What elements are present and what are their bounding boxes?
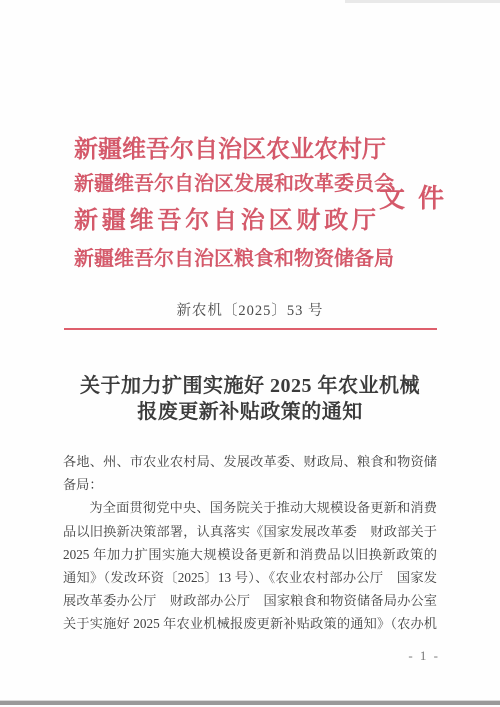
document-title: 关于加力扩围实施好 2025 年农业机械 报废更新补贴政策的通知 <box>0 373 500 425</box>
document-title-line2: 报废更新补贴政策的通知 <box>0 399 500 425</box>
document-title-line1: 关于加力扩围实施好 2025 年农业机械 <box>0 373 500 399</box>
page-number: - 1 - <box>408 648 440 664</box>
document-body: 各地、州、市农业农村局、发展改革委、财政局、粮食和物资储 备局： 为全面贯彻党中… <box>63 450 437 636</box>
body-line: 品以旧换新决策部署，认真落实《国家发展改革委 财政部关于 <box>63 520 437 543</box>
body-line: 为全面贯彻党中央、国务院关于推动大规模设备更新和消费 <box>63 496 437 519</box>
body-line: 各地、州、市农业农村局、发展改革委、财政局、粮食和物资储 <box>63 450 437 473</box>
header-agency-line-2: 新疆维吾尔自治区发展和改革委员会 <box>74 171 376 197</box>
body-line: 备局： <box>63 473 437 496</box>
doc-number: 新农机〔2025〕53 号 <box>0 299 500 320</box>
body-line: 关于实施好 2025 年农业机械报废更新补贴政策的通知》（农办机 <box>63 612 437 635</box>
scan-edge-bottom <box>0 701 500 705</box>
body-line: 通知》（发改环资〔2025〕13 号）、《农业农村部办公厅 国家发 <box>63 566 437 589</box>
body-line: 展改革委办公厅 财政部办公厅 国家粮食和物资储备局办公室 <box>63 589 437 612</box>
body-line: 2025 年加力扩围实施大规模设备更新和消费品以旧换新政策的 <box>63 543 437 566</box>
header-agency-line-1: 新疆维吾尔自治区农业农村厅 <box>74 136 376 164</box>
document-page: 新疆维吾尔自治区农业农村厅 新疆维吾尔自治区发展和改革委员会 新疆维吾尔自治区财… <box>0 0 500 707</box>
header-agency-line-4: 新疆维吾尔自治区粮食和物资储备局 <box>74 246 376 272</box>
doc-type-label: 文件 <box>379 185 457 213</box>
scan-edge-top <box>345 0 500 3</box>
header-agency-line-3: 新疆维吾尔自治区财政厅 <box>74 207 376 235</box>
red-divider-line <box>64 328 437 330</box>
